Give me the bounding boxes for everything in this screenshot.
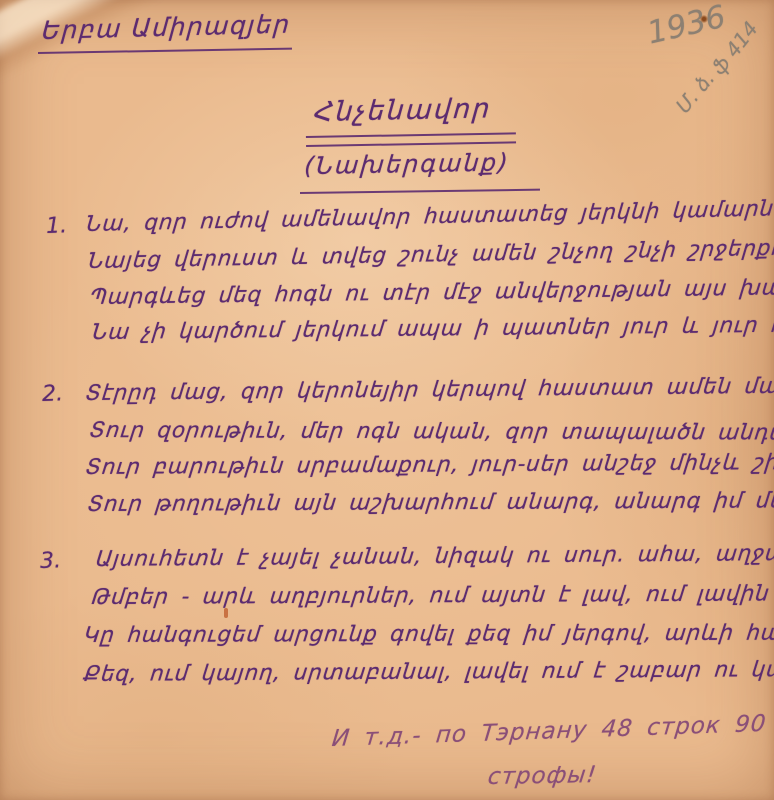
stanza-3-number: 3. bbox=[40, 548, 62, 574]
pencil-year-annotation: 1936 bbox=[644, 0, 729, 52]
paper-speck bbox=[700, 15, 708, 23]
stanza-2-line-3: Տուր բարութիւն սրբամաքուր, յուր-սեր անշե… bbox=[85, 450, 774, 480]
stanza-3-line-4: Քեզ, ում կայող, սրտաբանալ, լավել ում է շ… bbox=[83, 657, 774, 687]
title-double-underline bbox=[306, 132, 516, 147]
ink-fleck bbox=[224, 608, 228, 618]
stanza-1-line-3: Պարգևեց մեզ հոգն ու տէր մէջ անվերջության… bbox=[89, 274, 774, 310]
stanza-2-line-1: Տէրըդ մաց, զոր կերոնեյիր կերպով հաստատ ա… bbox=[85, 373, 774, 406]
stanza-1-line-4: Նա չի կարծում յերկում ապա ի պատներ յուր … bbox=[91, 312, 774, 345]
stanza-3-line-2: Թմբեր - արև աղբյուրներ, ում այտն է լավ, … bbox=[91, 581, 774, 610]
page-title: Հնչենավոր bbox=[313, 93, 493, 128]
stanza-3-line-3: Կը հանգուցեմ արցունք գովել քեզ իմ յերգով… bbox=[83, 620, 774, 648]
stanza-2-number: 2. bbox=[42, 381, 64, 407]
subtitle-underline bbox=[300, 189, 540, 194]
header-inscription: Երբա Ամիրազյեր bbox=[41, 9, 292, 45]
page-subtitle: (Նախերգանք) bbox=[303, 148, 511, 180]
stanza-1-line-2: Նայեց վերուստ և տվեց շունչ ամեն շնչող շն… bbox=[87, 235, 774, 274]
footer-note-line-1: И т.д.- по Тэрнану 48 строк 90 1 bbox=[331, 710, 774, 752]
stanza-1-line-1: Նա, զոր ուժով ամենավոր հաստատեց յերկնի կ… bbox=[85, 194, 774, 237]
stanza-3-line-1: Այսուհետն է չայել չանան, նիզակ ու սուր. … bbox=[95, 541, 774, 572]
pencil-archive-code: Մ. ձ. bbox=[671, 66, 720, 117]
stanza-2-line-2: Տուր զօրութիւն, մեր ոգն ական, զոր տապալա… bbox=[88, 418, 774, 446]
stanza-1-number: 1. bbox=[46, 213, 68, 239]
footer-note-line-2: строфы! bbox=[486, 762, 598, 790]
manuscript-page: Երբա Ամիրազյեր 1936 ֆ 414 Մ. ձ. Հնչենավո… bbox=[0, 0, 774, 800]
stanza-2-line-4: Տուր թողութիւն այն աշխարհում անարգ, անար… bbox=[87, 488, 774, 517]
